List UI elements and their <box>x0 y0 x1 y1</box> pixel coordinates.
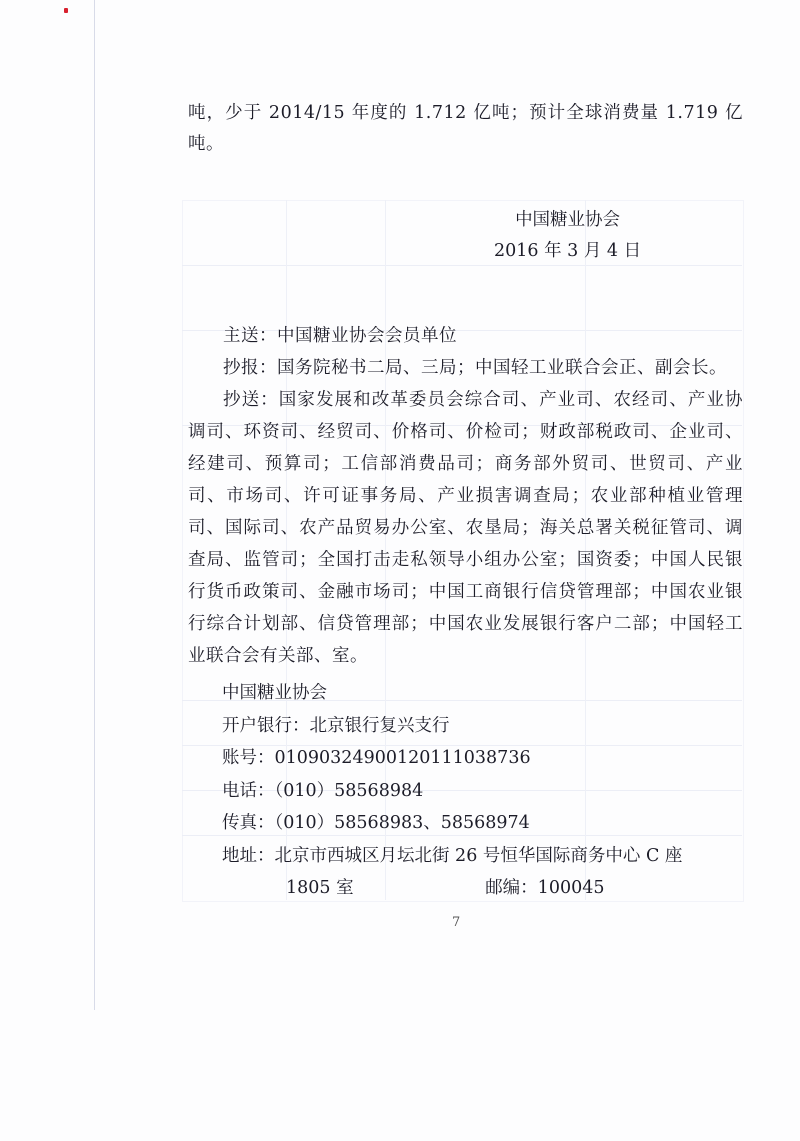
signature-date: 2016 年 3 月 4 日 <box>494 236 641 267</box>
signature-organization: 中国糖业协会 <box>494 205 641 236</box>
main-recipient: 主送：中国糖业协会会员单位 <box>188 320 743 352</box>
distribution-list: 主送：中国糖业协会会员单位 抄报：国务院秘书二局、三局；中国轻工业联合会正、副会… <box>188 320 743 672</box>
contact-account: 账号：01090324900120111038736 <box>222 742 742 775</box>
contact-fax: 传真：（010）58568983、58568974 <box>222 807 742 840</box>
copy-to-recipients: 抄送：国家发展和改革委员会综合司、产业司、农经司、产业协调司、环资司、经贸司、价… <box>188 384 743 672</box>
report-to-recipients: 抄报：国务院秘书二局、三局；中国轻工业联合会正、副会长。 <box>188 352 743 384</box>
opening-paragraph: 吨，少于 2014/15 年度的 1.712 亿吨；预计全球消费量 1.719 … <box>188 98 743 160</box>
contact-organization: 中国糖业协会 <box>222 677 742 710</box>
contact-block: 中国糖业协会 开户银行：北京银行复兴支行 账号：0109032490012011… <box>222 677 742 905</box>
page-number: 7 <box>452 915 460 930</box>
contact-address-continued: 1805 室 邮编：100045 <box>222 872 742 905</box>
scan-red-mark <box>64 8 68 13</box>
bleed-through-rule <box>182 265 742 266</box>
contact-room: 1805 室 <box>286 878 354 898</box>
contact-phone: 电话：（010）58568984 <box>222 775 742 808</box>
signature-block: 中国糖业协会 2016 年 3 月 4 日 <box>494 205 641 267</box>
document-body: 吨，少于 2014/15 年度的 1.712 亿吨；预计全球消费量 1.719 … <box>188 98 743 160</box>
contact-postcode: 邮编：100045 <box>485 878 604 898</box>
contact-bank: 开户银行：北京银行复兴支行 <box>222 710 742 743</box>
scan-page-edge <box>94 0 95 1010</box>
contact-address: 地址：北京市西城区月坛北街 26 号恒华国际商务中心 C 座 <box>222 840 742 873</box>
